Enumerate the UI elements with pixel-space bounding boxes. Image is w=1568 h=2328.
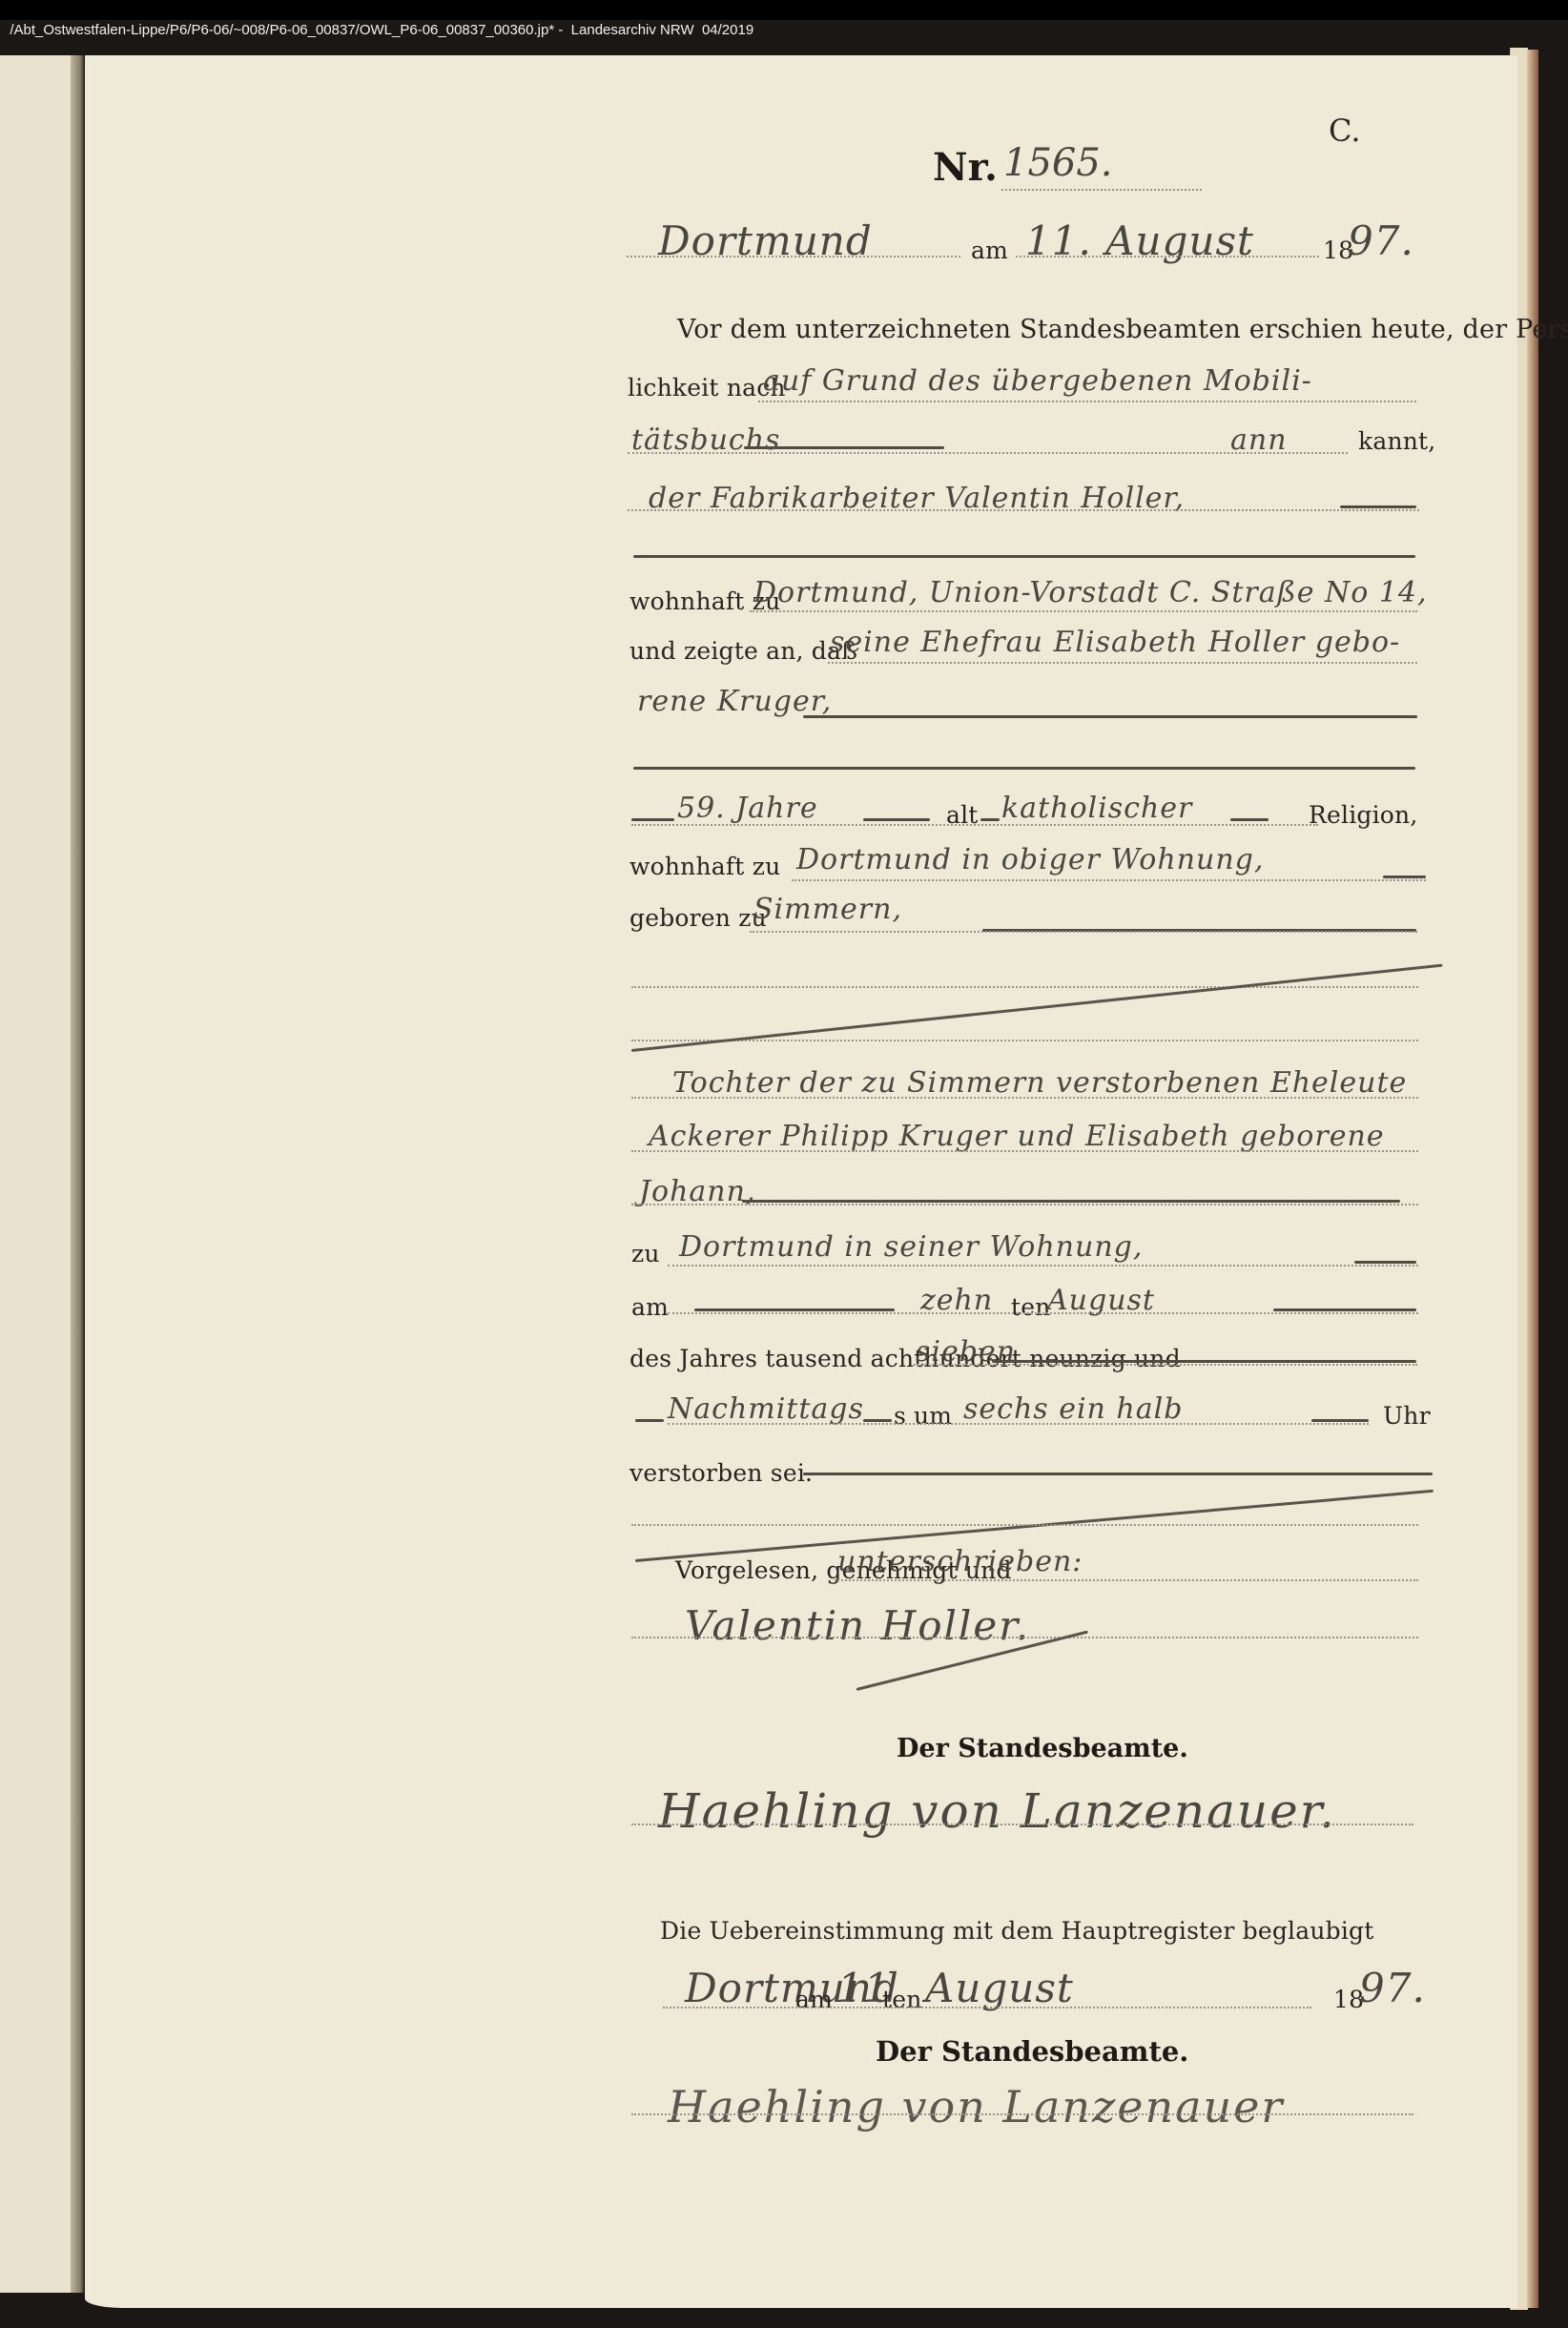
death-record: C. Nr. 1565. Dortmund am 11. August 18 9… bbox=[0, 0, 1568, 2328]
dotted-line bbox=[631, 986, 1418, 988]
dotted-line bbox=[628, 452, 1348, 454]
religion-label: Religion, bbox=[1309, 801, 1418, 829]
dotted-line bbox=[631, 1150, 1418, 1152]
identity-end: kannt, bbox=[1358, 427, 1435, 455]
deceased-residence-label: wohnhaft zu bbox=[629, 853, 780, 880]
dotted-line bbox=[1001, 189, 1202, 191]
fill-rule bbox=[863, 818, 930, 821]
dotted-line bbox=[835, 1579, 1418, 1581]
dotted-line bbox=[631, 1204, 1418, 1205]
report-label: und zeigte an, daß bbox=[629, 637, 857, 665]
cert-month: August bbox=[925, 1965, 1074, 2011]
death-time-s: s bbox=[894, 1402, 906, 1430]
dotted-line bbox=[750, 931, 1417, 933]
cert-am: am bbox=[795, 1986, 833, 2013]
fill-rule bbox=[980, 818, 1000, 821]
death-year-label: des Jahres tausend achthundert neunzig u… bbox=[629, 1345, 1181, 1372]
death-time-uhr: Uhr bbox=[1383, 1402, 1431, 1430]
dotted-line bbox=[627, 256, 960, 258]
register-letter: C. bbox=[1329, 113, 1361, 149]
fill-rule bbox=[1340, 505, 1416, 508]
parents-line-2: Ackerer Philipp Kruger und Elisabeth geb… bbox=[649, 1120, 1385, 1153]
dotted-line bbox=[631, 824, 1318, 826]
dotted-line bbox=[631, 2113, 1413, 2115]
death-time-um: um bbox=[914, 1402, 952, 1430]
fill-rule bbox=[1383, 876, 1426, 878]
deceased-residence-value: Dortmund in obiger Wohnung, bbox=[796, 843, 1264, 876]
identity-label: lichkeit nach bbox=[628, 374, 786, 402]
dotted-line bbox=[668, 1423, 1369, 1425]
fill-rule bbox=[633, 555, 1415, 558]
header-am: am bbox=[971, 237, 1008, 264]
death-time-value: sechs ein halb bbox=[963, 1392, 1183, 1426]
fill-rule bbox=[992, 1360, 1416, 1363]
fill-rule bbox=[631, 818, 674, 821]
dotted-line bbox=[631, 1637, 1418, 1638]
birth-label: geboren zu bbox=[629, 904, 767, 932]
parents-line-1: Tochter der zu Simmern verstorbenen Ehel… bbox=[672, 1066, 1407, 1100]
fill-rule bbox=[1354, 1261, 1416, 1264]
header-year-suffix: 97. bbox=[1348, 217, 1414, 264]
fill-rule bbox=[863, 1419, 892, 1422]
official-signature: Haehling von Lanzenauer. bbox=[658, 1783, 1336, 1839]
fill-rule bbox=[803, 1473, 1433, 1475]
fill-rule bbox=[1311, 1419, 1369, 1422]
fill-rule bbox=[694, 1308, 895, 1311]
dotted-line bbox=[663, 2007, 1311, 2009]
dotted-line bbox=[914, 1364, 1417, 1366]
residence-value: Dortmund, Union-Vorstadt C. Straße No 14… bbox=[753, 576, 1428, 609]
death-end-label: verstorben sei. bbox=[629, 1459, 813, 1487]
official-heading: Der Standesbeamte. bbox=[897, 1734, 1188, 1763]
birth-value: Simmern, bbox=[753, 893, 902, 926]
dotted-line bbox=[631, 1524, 1418, 1526]
certification-text: Die Uebereinstimmung mit dem Hauptregist… bbox=[660, 1917, 1374, 1945]
fill-rule bbox=[803, 715, 1417, 718]
dotted-line bbox=[631, 1823, 1413, 1825]
dotted-line bbox=[828, 662, 1417, 664]
fill-rule bbox=[742, 1200, 1400, 1203]
cert-ten: ten bbox=[882, 1986, 922, 2013]
dotted-line bbox=[631, 1097, 1418, 1099]
cert-year-suffix: 97. bbox=[1359, 1965, 1426, 2011]
religion-value: katholischer bbox=[1001, 792, 1192, 825]
declarant-signature: Valentin Holler. bbox=[685, 1602, 1030, 1649]
death-place-label: zu bbox=[631, 1240, 660, 1267]
cert-official-signature: Haehling von Lanzenauer bbox=[668, 2081, 1284, 2132]
record-number-label: Nr. bbox=[933, 145, 998, 190]
identity-hand-1: auf Grund des übergebenen Mobili- bbox=[763, 364, 1312, 398]
dotted-line bbox=[668, 1265, 1418, 1267]
death-place-value: Dortmund in seiner Wohnung, bbox=[679, 1230, 1143, 1264]
fill-rule bbox=[635, 1419, 664, 1422]
dotted-line bbox=[758, 401, 1416, 402]
intro-text: Vor dem unterzeichneten Standesbeamten e… bbox=[677, 315, 1568, 344]
fill-rule bbox=[633, 767, 1415, 770]
fill-rule bbox=[744, 446, 944, 449]
death-day-am: am bbox=[631, 1293, 669, 1321]
window-title-bar: /Abt_Ostwestfalen-Lippe/P6/P6-06/~008/P6… bbox=[0, 0, 1568, 20]
age-value: 59. Jahre bbox=[677, 792, 818, 825]
report-hand-2: rene Kruger, bbox=[637, 685, 832, 718]
cert-official-heading: Der Standesbeamte. bbox=[876, 2035, 1188, 2068]
dotted-line bbox=[1016, 256, 1319, 258]
dotted-line bbox=[628, 509, 1419, 511]
record-number-value: 1565. bbox=[1003, 141, 1113, 185]
read-value: unterschrieben: bbox=[837, 1545, 1083, 1578]
death-day-ten: ten bbox=[1011, 1293, 1051, 1321]
dotted-line bbox=[750, 610, 1417, 612]
death-time-part: Nachmittags bbox=[668, 1392, 864, 1426]
dotted-line bbox=[792, 879, 1426, 881]
window-title: /Abt_Ostwestfalen-Lippe/P6/P6-06/~008/P6… bbox=[10, 22, 753, 38]
dotted-line bbox=[668, 1312, 1418, 1314]
fill-rule bbox=[1273, 1308, 1416, 1311]
dotted-line bbox=[631, 1040, 1418, 1041]
fill-rule bbox=[1230, 818, 1269, 821]
report-hand-1: seine Ehefrau Elisabeth Holler gebo- bbox=[830, 626, 1400, 659]
